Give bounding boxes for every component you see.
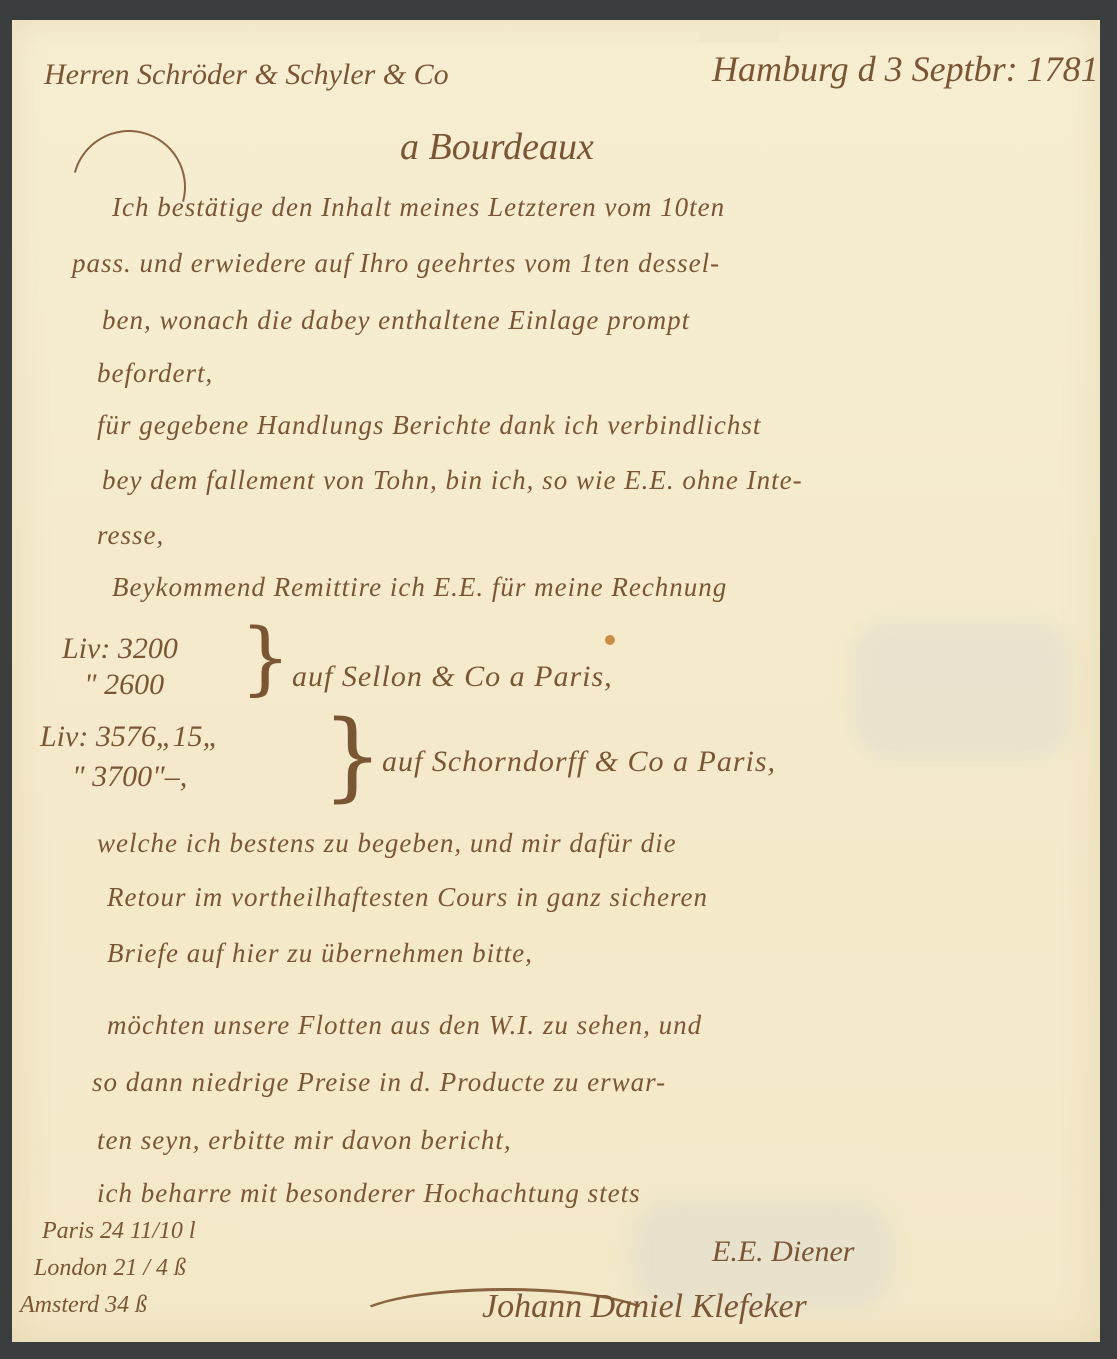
- destination: a Bourdeaux: [400, 125, 594, 169]
- letter-sheet: Herren Schröder & Schyler & Co Hamburg d…: [12, 20, 1100, 1342]
- ink-stain: [605, 635, 615, 645]
- body-line: Retour im vortheilhaftesten Cours in gan…: [107, 882, 708, 913]
- exchange-rate-amsterdam: Amsterd 34 ß: [20, 1292, 147, 1319]
- remittance-amount: Liv: 3576„15„: [40, 720, 219, 754]
- body-line: Briefe auf hier zu übernehmen bitte,: [107, 938, 533, 969]
- body-line: Beykommend Remittire ich E.E. für meine …: [112, 572, 727, 603]
- body-line: für gegebene Handlungs Berichte dank ich…: [97, 410, 761, 441]
- body-line: so dann niedrige Preise in d. Producte z…: [92, 1067, 666, 1098]
- valediction: E.E. Diener: [712, 1235, 854, 1269]
- remittance-amount: " 3700"–,: [72, 760, 187, 794]
- remittance-amount: Liv: 3200: [62, 632, 178, 666]
- body-line: resse,: [97, 520, 164, 551]
- place-date: Hamburg d 3 Septbr: 1781: [712, 48, 1099, 90]
- exchange-rate-paris: Paris 24 11/10 l: [42, 1218, 196, 1245]
- body-line: ten seyn, erbitte mir davon bericht,: [97, 1125, 512, 1156]
- brace: }: [240, 618, 291, 698]
- body-line: pass. und erwiedere auf Ihro geehrtes vo…: [72, 248, 720, 279]
- signature: Johann Daniel Klefeker: [482, 1288, 807, 1326]
- body-line: welche ich bestens zu begeben, und mir d…: [97, 828, 677, 859]
- remittance-amount: " 2600: [84, 668, 164, 702]
- body-line: befordert,: [97, 358, 213, 389]
- remittance-payee: auf Schorndorff & Co a Paris,: [382, 745, 776, 779]
- addressee: Herren Schröder & Schyler & Co: [44, 58, 449, 92]
- remittance-payee: auf Sellon & Co a Paris,: [292, 660, 613, 694]
- body-line: ich beharre mit besonderer Hochachtung s…: [97, 1178, 641, 1209]
- body-line: möchten unsere Flotten aus den W.I. zu s…: [107, 1010, 702, 1041]
- body-line: ben, wonach die dabey enthaltene Einlage…: [102, 305, 690, 336]
- paper-shadow: [852, 620, 1072, 760]
- exchange-rate-london: London 21 / 4 ß: [34, 1255, 186, 1282]
- body-line: bey dem fallement von Tohn, bin ich, so …: [102, 465, 803, 496]
- body-line: Ich bestätige den Inhalt meines Letztere…: [112, 192, 725, 223]
- brace: }: [322, 708, 383, 804]
- opening-flourish: [51, 109, 207, 265]
- paper-tear: [698, 24, 783, 42]
